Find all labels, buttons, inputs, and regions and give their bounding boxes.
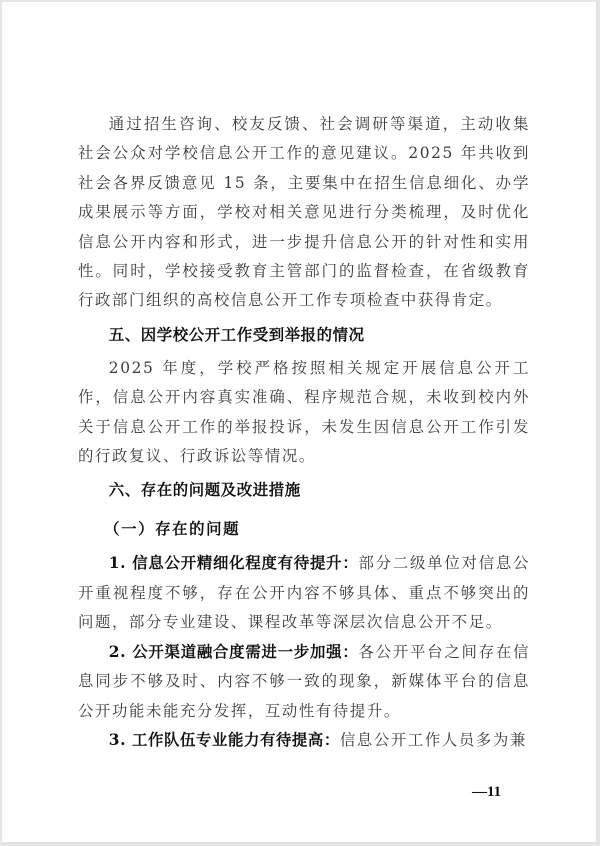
paragraph-reports: 2025 年度，学校严格按照相关规定开展信息公开工作，信息公开内容真实准确、程序… <box>78 354 530 472</box>
subsection-heading-existing-problems: （一）存在的问题 <box>78 509 530 549</box>
problem-item-1-lead: 1. 信息公开精细化程度有待提升： <box>109 554 359 572</box>
problem-item-2-lead: 2. 公开渠道融合度需进一步加强： <box>109 643 359 661</box>
document-page: 通过招生咨询、校友反馈、社会调研等渠道，主动收集社会公众对学校信息公开工作的意见… <box>2 2 598 844</box>
page-number: —11 <box>472 784 501 801</box>
section-heading-problems-improvements: 六、存在的问题及改进措施 <box>78 471 530 509</box>
problem-item-3-lead: 3. 工作队伍专业能力有待提高： <box>109 731 340 749</box>
problem-item-3: 3. 工作队伍专业能力有待提高：信息公开工作人员多为兼 <box>78 726 530 755</box>
paragraph-public-feedback: 通过招生咨询、校友反馈、社会调研等渠道，主动收集社会公众对学校信息公开工作的意见… <box>78 110 530 316</box>
problem-item-1: 1. 信息公开精细化程度有待提升：部分二级单位对信息公开重视程度不够，存在公开内… <box>78 549 530 637</box>
section-heading-reports: 五、因学校公开工作受到举报的情况 <box>78 316 530 354</box>
problem-item-2: 2. 公开渠道融合度需进一步加强：各公开平台之间存在信息同步不够及时、内容不够一… <box>78 638 530 726</box>
problem-item-3-text: 信息公开工作人员多为兼 <box>340 731 527 749</box>
page-content: 通过招生咨询、校友反馈、社会调研等渠道，主动收集社会公众对学校信息公开工作的意见… <box>78 110 530 755</box>
